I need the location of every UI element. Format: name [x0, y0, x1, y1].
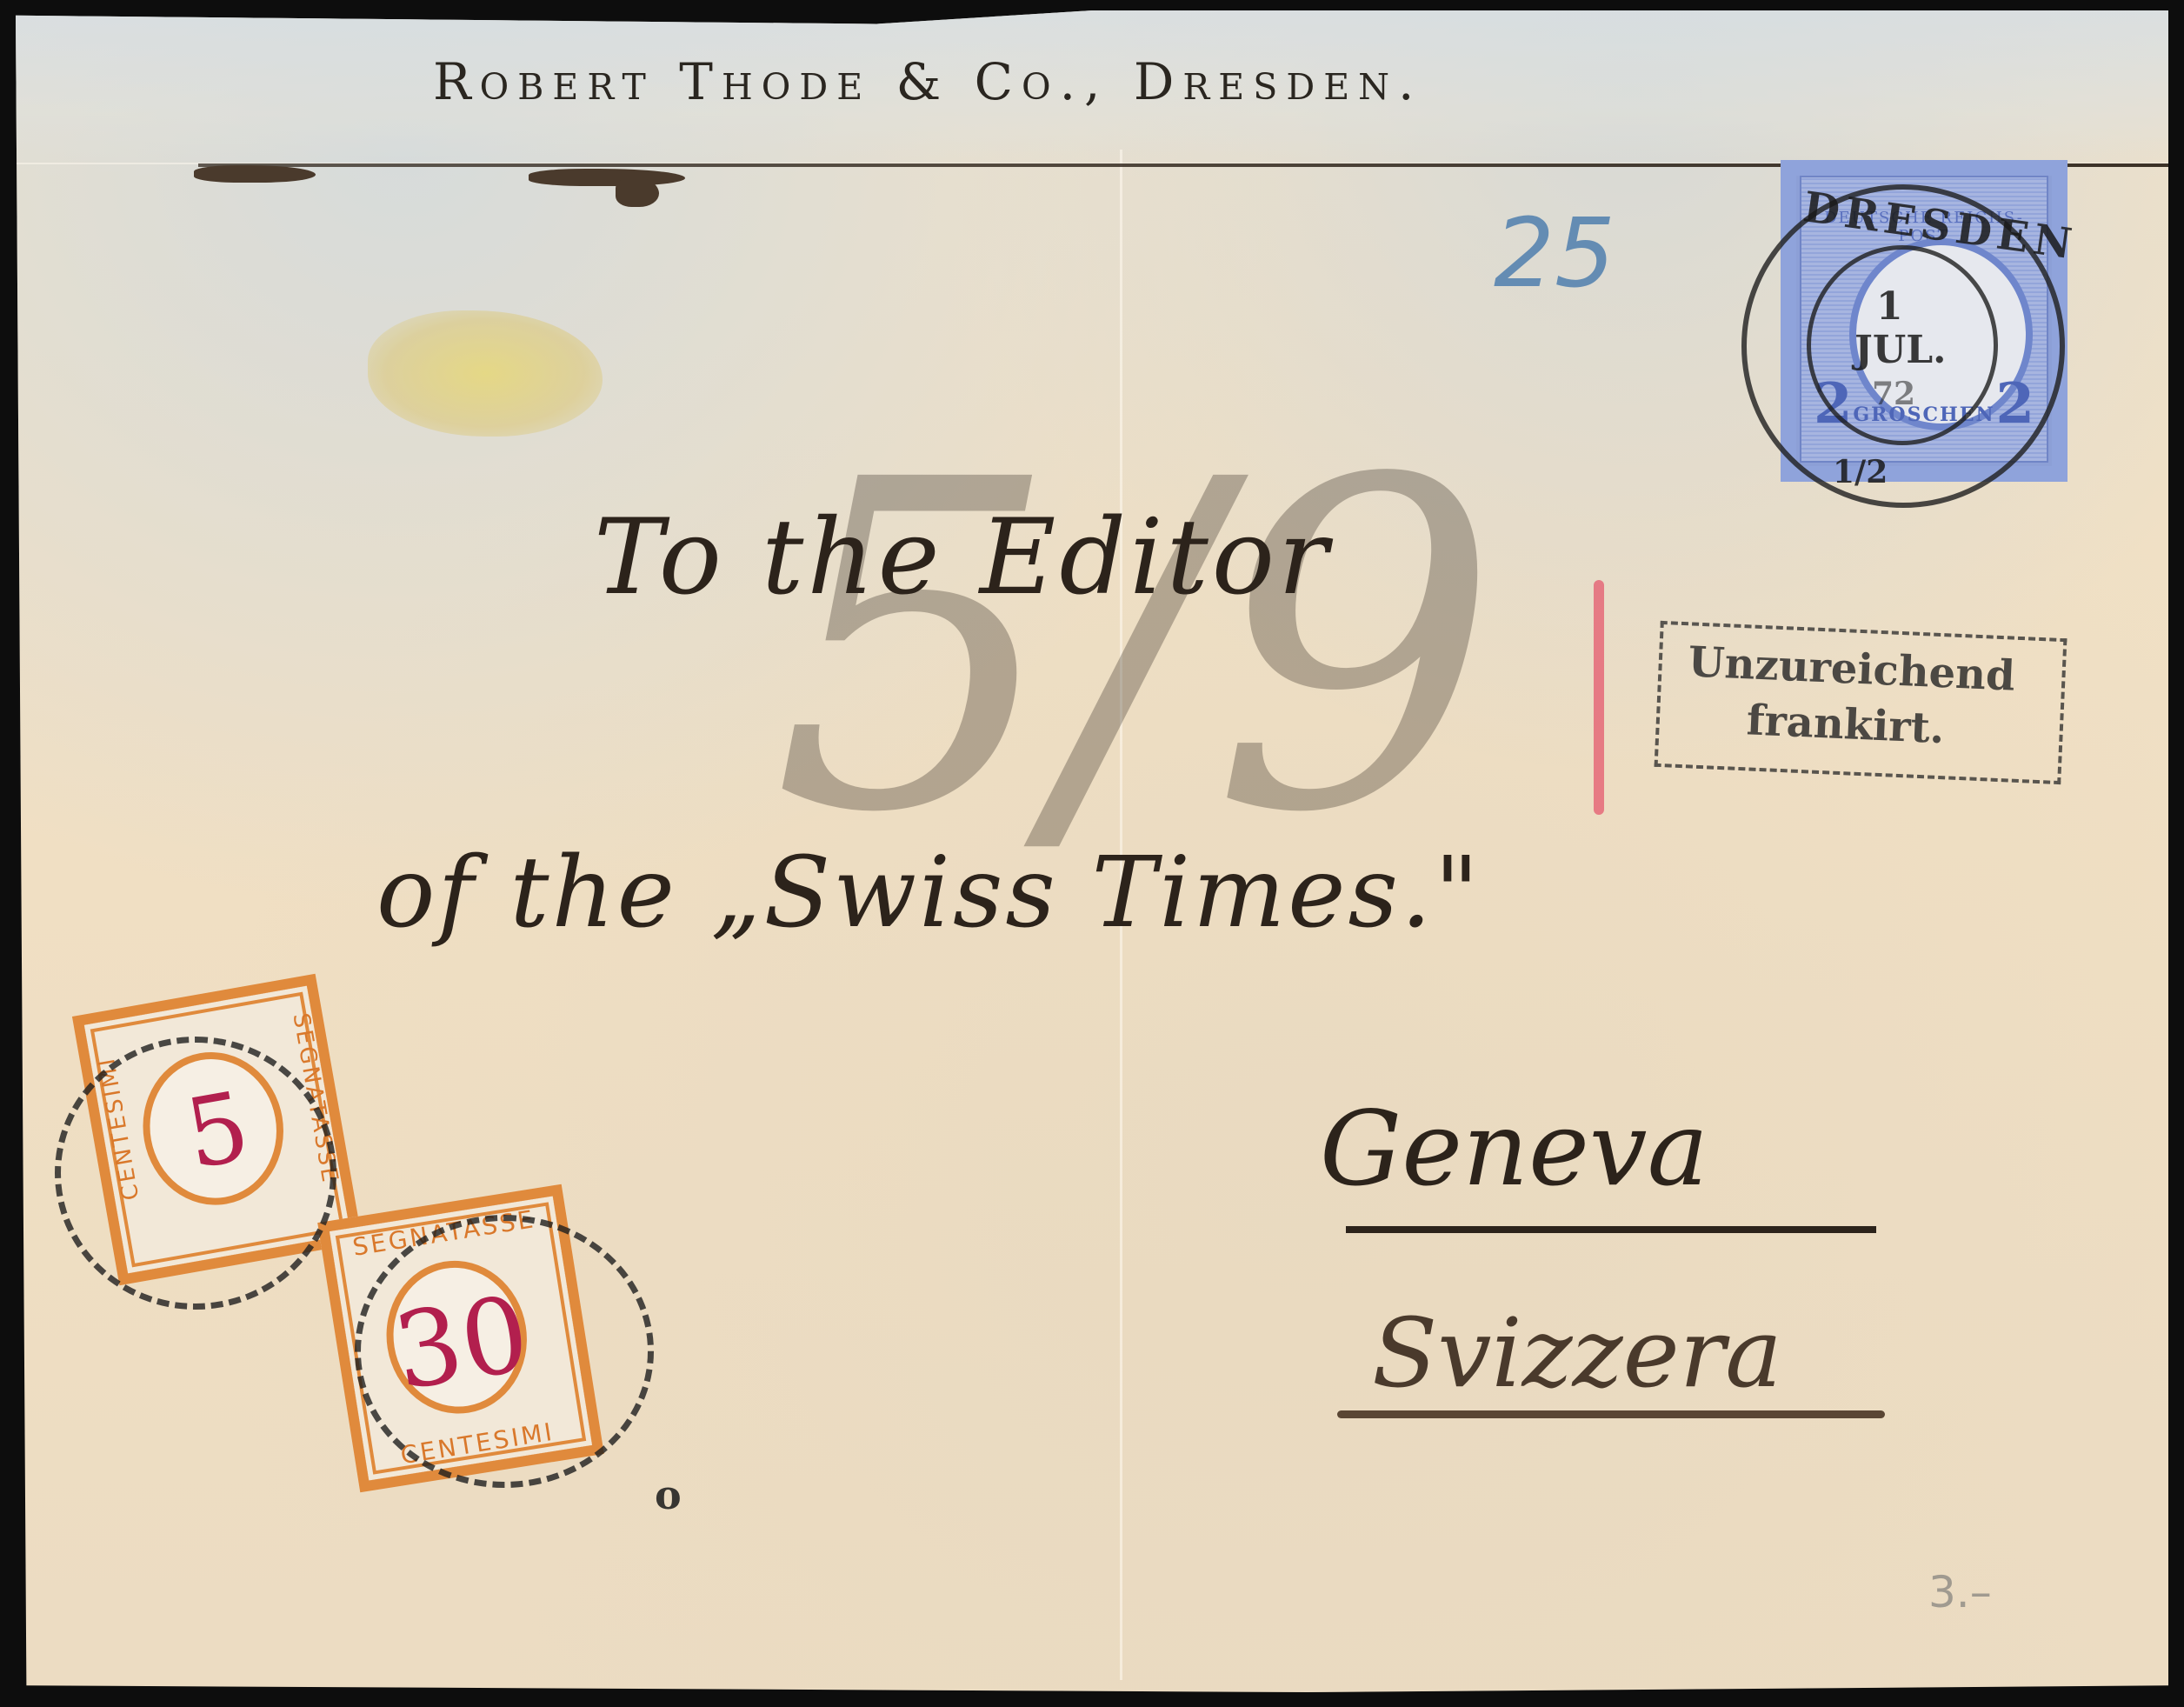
- pencil-note: 3.–: [1928, 1567, 1992, 1617]
- letterhead: Robert Thode & Co., Dresden.: [433, 52, 1911, 111]
- italian-postmark-fragment: o: [655, 1471, 682, 1518]
- address-underline-1: [1346, 1226, 1876, 1233]
- ink-blot: [194, 165, 316, 183]
- manuscript-tax-mark: 5/9: [772, 384, 1500, 911]
- yellow-stain: [368, 310, 603, 437]
- address-line-2: of the „Swiss Times.": [376, 837, 1482, 950]
- ink-blot: [529, 169, 685, 186]
- address-underline-2: [1337, 1410, 1885, 1418]
- envelope: Robert Thode & Co., Dresden. 25 DEUTSCHE…: [16, 10, 2168, 1692]
- address-line-1: To the Editor: [594, 497, 1331, 618]
- address-line-4: Svizzera: [1372, 1297, 1782, 1409]
- red-crayon-line: [1594, 580, 1604, 815]
- box-stamp-line2: frankirt.: [1746, 696, 1946, 753]
- postmark-month: JUL.: [1854, 328, 1946, 372]
- postmark-day: 1: [1876, 284, 1903, 329]
- italian-postmark-2: [355, 1215, 654, 1488]
- postmark-time: 1/2: [1833, 454, 1888, 490]
- blue-crayon-note: 25: [1494, 197, 1615, 309]
- box-stamp-line1: Unzureichend: [1688, 637, 2016, 700]
- italian-postmark-1: [55, 1037, 336, 1310]
- address-line-3: Geneva: [1320, 1089, 1708, 1209]
- insufficient-postage-stamp: Unzureichend frankirt.: [1655, 621, 2067, 784]
- ink-blot: [616, 177, 659, 207]
- postmark-year: 72: [1872, 376, 1915, 412]
